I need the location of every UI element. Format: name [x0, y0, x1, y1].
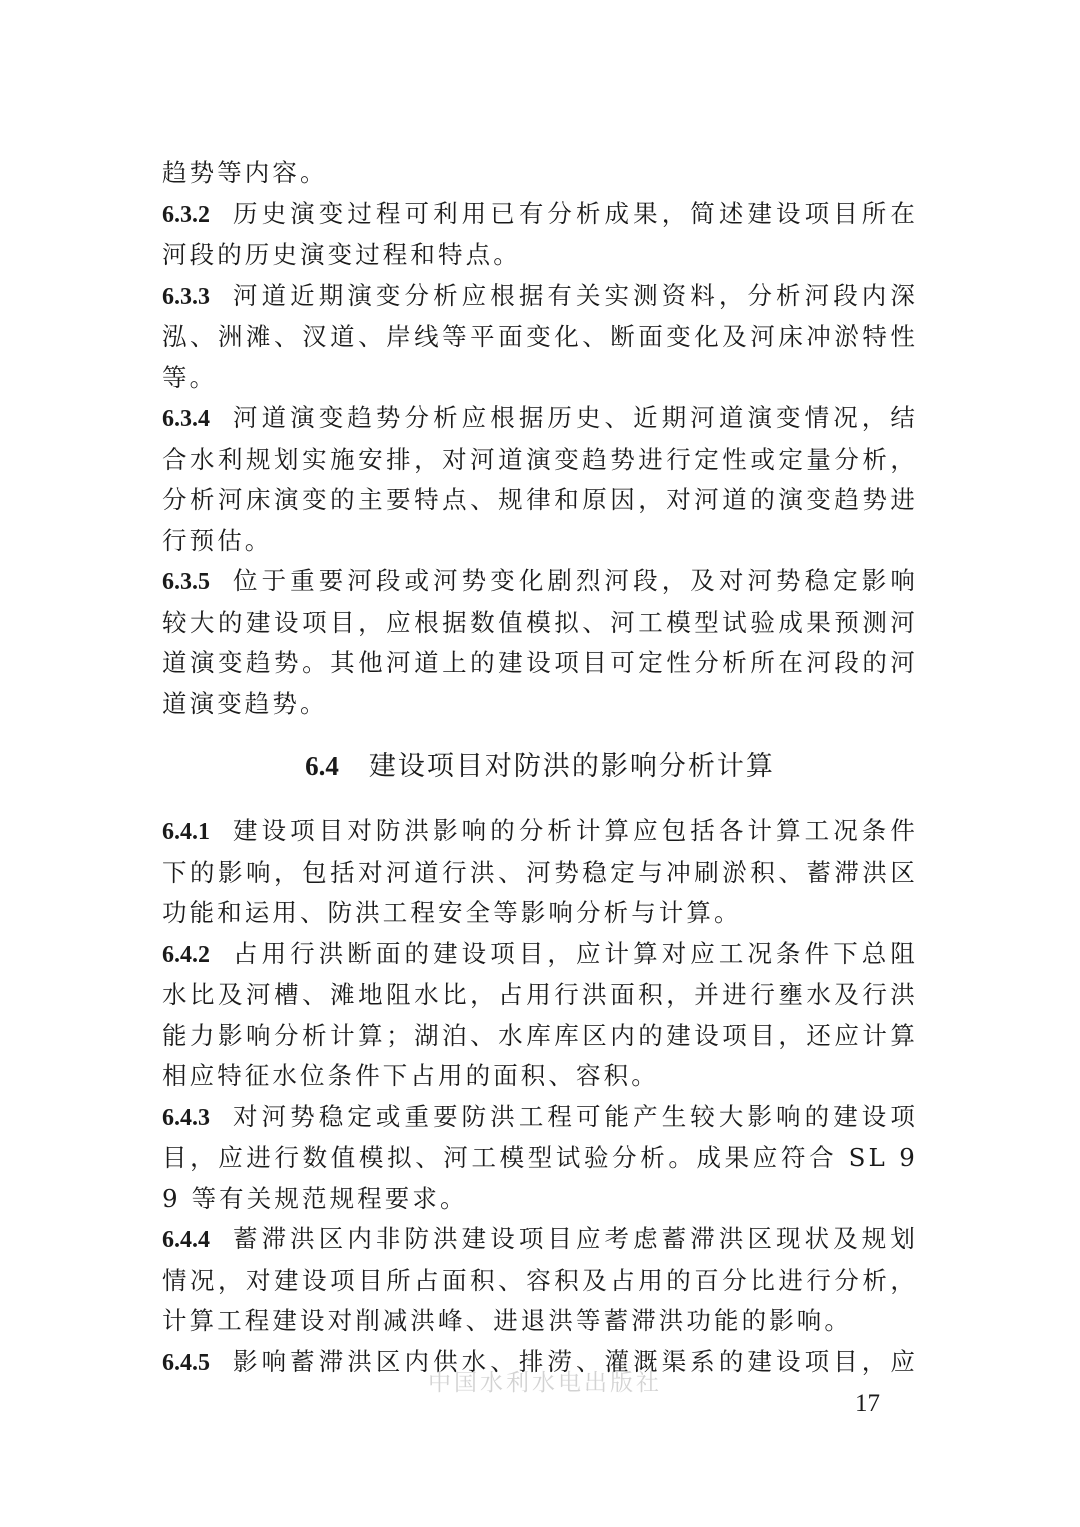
clause-number: 6.3.2: [162, 202, 210, 228]
clause-number: 6.3.4: [162, 406, 210, 432]
clause-number: 6.3.3: [162, 284, 210, 310]
clause-text: 占用行洪断面的建设项目，应计算对应工况条件下总阻水比及河槽、滩地阻水比，占用行洪…: [162, 939, 918, 1091]
clause-6-4-3: 6.4.3对河势稳定或重要防洪工程可能产生较大影响的建设项目，应进行数值模拟、河…: [162, 1097, 918, 1220]
clause-text: 位于重要河段或河势变化剧烈河段，及对河势稳定影响较大的建设项目，应根据数值模拟、…: [162, 566, 918, 718]
clause-6-4-2: 6.4.2占用行洪断面的建设项目，应计算对应工况条件下总阻水比及河槽、滩地阻水比…: [162, 934, 918, 1097]
clause-text: 河道演变趋势分析应根据历史、近期河道演变情况，结合水利规划实施安排，对河道演变趋…: [162, 403, 918, 555]
clause-text: 蓄滞洪区内非防洪建设项目应考虑蓄滞洪区现状及规划情况，对建设项目所占面积、容积及…: [162, 1224, 918, 1335]
section-title: 建设项目对防洪的影响分析计算: [369, 751, 775, 782]
page-number: 17: [855, 1390, 880, 1418]
clause-6-3-4: 6.3.4河道演变趋势分析应根据历史、近期河道演变情况，结合水利规划实施安排，对…: [162, 398, 918, 561]
document-page: 趋势等内容。 6.3.2历史演变过程可利用已有分析成果，简述建设项目所在河段的历…: [162, 153, 918, 1383]
clause-text: 河道近期演变分析应根据有关实测资料，分析河段内深泓、洲滩、汊道、岸线等平面变化、…: [162, 281, 918, 392]
section-number: 6.4: [305, 751, 339, 781]
clause-text: 历史演变过程可利用已有分析成果，简述建设项目所在河段的历史演变过程和特点。: [162, 199, 918, 270]
clause-number: 6.4.2: [162, 942, 210, 968]
clause-number: 6.4.4: [162, 1227, 210, 1253]
section-heading-6-4: 6.4建设项目对防洪的影响分析计算: [162, 746, 918, 787]
clause-number: 6.4.3: [162, 1105, 210, 1131]
clause-number: 6.4.1: [162, 819, 210, 845]
clause-6-3-3: 6.3.3河道近期演变分析应根据有关实测资料，分析河段内深泓、洲滩、汊道、岸线等…: [162, 276, 918, 399]
clause-text: 对河势稳定或重要防洪工程可能产生较大影响的建设项目，应进行数值模拟、河工模型试验…: [162, 1102, 918, 1213]
clause-6-3-2: 6.3.2历史演变过程可利用已有分析成果，简述建设项目所在河段的历史演变过程和特…: [162, 194, 918, 276]
clause-6-4-4: 6.4.4蓄滞洪区内非防洪建设项目应考虑蓄滞洪区现状及规划情况，对建设项目所占面…: [162, 1219, 918, 1342]
clause-6-4-1: 6.4.1建设项目对防洪影响的分析计算应包括各计算工况条件下的影响，包括对河道行…: [162, 811, 918, 934]
clause-text: 建设项目对防洪影响的分析计算应包括各计算工况条件下的影响，包括对河道行洪、河势稳…: [162, 816, 918, 927]
clause-number: 6.3.5: [162, 569, 210, 595]
clause-6-3-5: 6.3.5位于重要河段或河势变化剧烈河段，及对河势稳定影响较大的建设项目，应根据…: [162, 561, 918, 724]
continuation-paragraph: 趋势等内容。: [162, 153, 918, 194]
publisher-watermark: 中国水利水电出版社: [0, 1364, 1080, 1397]
